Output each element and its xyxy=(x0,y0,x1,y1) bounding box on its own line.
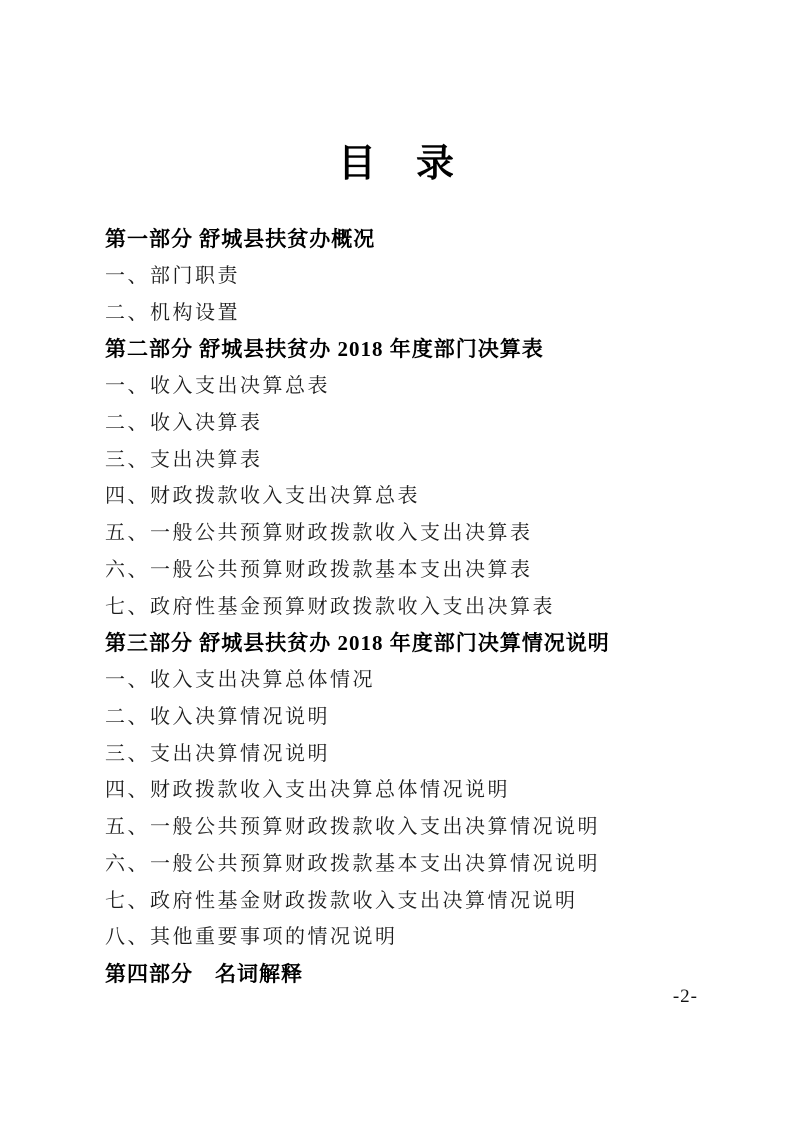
toc-item: 一、收入支出决算总体情况 xyxy=(105,662,705,699)
toc-item: 四、财政拨款收入支出决算总体情况说明 xyxy=(105,772,705,809)
toc-section-heading-4: 第四部分 名词解释 xyxy=(105,956,705,993)
toc-section-heading-1: 第一部分 舒城县扶贫办概况 xyxy=(105,221,705,258)
toc-item: 六、一般公共预算财政拨款基本支出决算表 xyxy=(105,552,705,589)
toc-item: 三、支出决算表 xyxy=(105,442,705,479)
toc-item: 一、收入支出决算总表 xyxy=(105,368,705,405)
page-title: 目 录 xyxy=(0,138,793,191)
toc-item: 二、机构设置 xyxy=(105,295,705,332)
toc-item: 五、一般公共预算财政拨款收入支出决算表 xyxy=(105,515,705,552)
toc-section-heading-3: 第三部分 舒城县扶贫办 2018 年度部门决算情况说明 xyxy=(105,625,705,662)
toc-item: 二、收入决算表 xyxy=(105,405,705,442)
toc-item: 三、支出决算情况说明 xyxy=(105,736,705,773)
document-page: 目 录 第一部分 舒城县扶贫办概况 一、部门职责 二、机构设置 第二部分 舒城县… xyxy=(0,0,793,1122)
toc-item: 一、部门职责 xyxy=(105,258,705,295)
toc-item: 八、其他重要事项的情况说明 xyxy=(105,919,705,956)
toc-item: 五、一般公共预算财政拨款收入支出决算情况说明 xyxy=(105,809,705,846)
toc-section-heading-2: 第二部分 舒城县扶贫办 2018 年度部门决算表 xyxy=(105,331,705,368)
page-number: -2- xyxy=(673,986,698,1008)
toc-item: 四、财政拨款收入支出决算总表 xyxy=(105,478,705,515)
toc-item: 七、政府性基金财政拨款收入支出决算情况说明 xyxy=(105,883,705,920)
toc-item: 七、政府性基金预算财政拨款收入支出决算表 xyxy=(105,589,705,626)
table-of-contents: 第一部分 舒城县扶贫办概况 一、部门职责 二、机构设置 第二部分 舒城县扶贫办 … xyxy=(105,221,705,993)
toc-item: 二、收入决算情况说明 xyxy=(105,699,705,736)
toc-item: 六、一般公共预算财政拨款基本支出决算情况说明 xyxy=(105,846,705,883)
